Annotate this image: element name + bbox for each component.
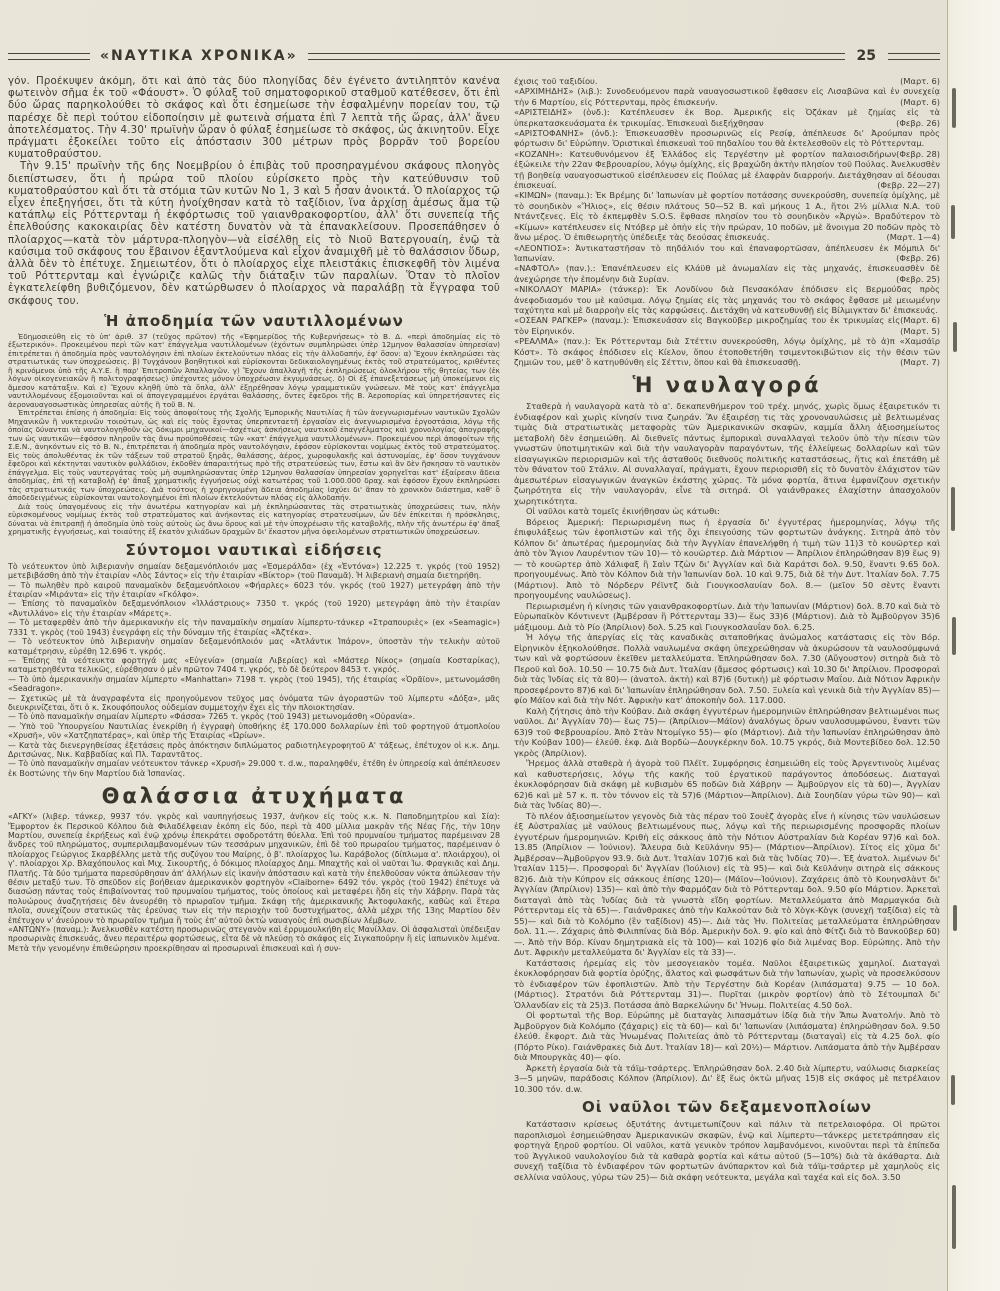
- right-column: έχισις τοῦ ταξιδίου. (Μαρτ. 6) «ΑΡΧΙΜΗΔΗ…: [514, 76, 940, 1286]
- left-column: γόν. Προέκυψεν ἀκόμη, ὅτι καὶ ἀπὸ τὰς δύ…: [8, 76, 500, 1286]
- paragraph: Διὰ τοὺς ὑπαγομένους εἰς τὴν ἀνωτέρω κατ…: [8, 503, 500, 537]
- ship-report: «ΝΙΚΟΛΑΟΥ ΜΑΡΙΑ» (τάνκερ): Ἐκ Λονδίνου δ…: [514, 284, 940, 315]
- report-date: (Μαρτ. 6): [900, 97, 940, 107]
- news-item: — Κατὰ τὰς διενεργηθείσας ἐξετάσεις πρὸς…: [8, 741, 500, 760]
- section-tanker-rates: Κατάστασιν κρίσεως ὀξυτάτης ἀντιμετωπίζο…: [514, 1119, 940, 1182]
- report-date: (Μαρτ. 1—4): [887, 232, 941, 242]
- news-item: — Ὑπὸ τοῦ Ὑπουργείου Ναυτιλίας ἐνεκρίθη …: [8, 722, 500, 741]
- report-date: (Μαρτ. 6): [900, 76, 940, 86]
- accident-item: «ΑΓΚΥ» (λιβερ. τάνκερ, 9937 τόν. γκρὸς κ…: [8, 812, 500, 925]
- report-date: (Μαρτ. 6): [900, 315, 940, 325]
- news-item: — Τὸ νεότευκτον ὑπὸ λιβεριανὴν σημαίαν δ…: [8, 637, 500, 656]
- report-text: «ΝΑΦΤΟΛ» (παν.).: Ἐπανέπλευσεν εἰς Κλάϋθ…: [514, 263, 940, 283]
- ship-report: «ΑΡΙΣΤΕΙΔΗΣ» (ὁνδ.): Κατέπλευσεν ἐκ Βορ.…: [514, 107, 940, 128]
- paragraph: Κατάστασις ἠρεμίας εἰς τὸν μεσογειακὸν τ…: [514, 958, 940, 1011]
- scan-artifact: [952, 1185, 956, 1249]
- report-text: «ΑΡΙΣΤΕΙΔΗΣ» (ὁνδ.): Κατέπλευσεν ἐκ Βορ.…: [514, 107, 940, 127]
- report-text: «ΑΡΙΣΤΟΦΑΝΗΣ» (ὁνδ.): Ἐπισκευασθὲν προσω…: [514, 128, 940, 148]
- scan-artifact: [952, 617, 956, 655]
- news-item: — Τὸ πωληθὲν πρὸ καιροῦ παναμαϊκὸν δεξαμ…: [8, 581, 500, 600]
- report-date: (Φεβρ. 25): [896, 274, 940, 284]
- header-rule-middle: [308, 53, 845, 60]
- section-title-apodimia: Ἡ ἀποδημία τῶν ναυτιλλομένων: [8, 312, 500, 330]
- section-title-tanker-rates: Οἱ ναῦλοι τῶν δεξαμενοπλοίων: [514, 1098, 940, 1116]
- paragraph: Κατάστασιν κρίσεως ὀξυτάτης ἀντιμετωπίζο…: [514, 1119, 940, 1182]
- report-date: (Φεβρ. 26): [896, 253, 940, 263]
- section-accidents: «ΑΓΚΥ» (λιβερ. τάνκερ, 9937 τόν. γκρὸς κ…: [8, 812, 500, 953]
- report-date: (Φεβρ. 22—27): [877, 180, 940, 190]
- section-title-news: Σύντομοι ναυτικαὶ εἰδήσεις: [8, 541, 500, 559]
- magazine-page: «ΝΑΥΤΙΚΑ ΧΡΟΝΙΚΑ» 25 γόν. Προέκυψεν ἀκόμ…: [0, 0, 1000, 1291]
- scan-artifact: [951, 487, 955, 531]
- section-title-accidents: Θαλάσσια ἀτυχήματα: [8, 784, 500, 808]
- report-text: «ΟΣΕΑΝ ΡΑΓΚΕΡ» (παναμ.): Ἐπισκευάσαν εἰς…: [514, 315, 900, 335]
- report-date: (Φεβρ. 28): [896, 149, 940, 159]
- paragraph: Ἀρκετὴ ἐργασία διὰ τὰ τάϊμ-τσάρτερς. Ἐπλ…: [514, 1063, 940, 1095]
- section-apodimia: Ἐδημοσιεύθη εἰς τὸ ὑπ' ἀριθ. 37 (τεῦχος …: [8, 333, 500, 537]
- paragraph: Τὸ πλέον ἀξιοσημείωτον γεγονὸς διὰ τὰς π…: [514, 811, 940, 958]
- report-text: «ΝΙΚΟΛΑΟΥ ΜΑΡΙΑ» (τάνκερ): Ἐκ Λονδίνου δ…: [514, 284, 940, 315]
- news-item: — Τὸ μεταφερθὲν ἀπὸ τὴν ἀμερικανικὴν εἰς…: [8, 618, 500, 637]
- paragraph: Οἱ ναῦλοι κατὰ τομεῖς ἐκινήθησαν ὡς κάτω…: [514, 506, 940, 517]
- page-header: «ΝΑΥΤΙΚΑ ΧΡΟΝΙΚΑ» 25: [8, 48, 940, 64]
- report-text: «ΡΕΑΛΜΑ» (παν.): Ἐκ Ρόττερνταμ διὰ Στέττ…: [514, 336, 940, 367]
- report-text: «ΚΟΖΑΝΗ»: Κατευθυνόμενον ἐξ Ἑλλάδος εἰς …: [514, 149, 940, 190]
- paragraph: Περιωρισμένη ἡ κίνησις τῶν γαιανθρακοφορ…: [514, 601, 940, 633]
- report-text: έχισις τοῦ ταξιδίου.: [514, 76, 597, 86]
- paragraph: Τὴν 9.15' πρωϊνὴν τῆς 6ης Νοεμβρίου ὁ ἐπ…: [8, 161, 500, 307]
- section-title-freight-market: Ἡ ναυλαγορά: [514, 373, 940, 397]
- news-item: — Ἐπίσης τὸ παναμαϊκὸν δεξαμενόπλοιον «Ἰ…: [8, 599, 500, 618]
- news-item: — Τὸ ὑπὸ ἀμερικανικὴν σημαίαν λίμπερτυ «…: [8, 675, 500, 694]
- ship-report: «ΚΙΜΩΝ» (παναμ.): Ἐκ Βρέμης δι' Ἰαπωνίαν…: [514, 190, 940, 242]
- scan-artifact: [953, 905, 957, 931]
- accident-item: «ΑΝΤΩΝΥ» (παναμ.): Ἀνελκυσθὲν κατέστη πρ…: [8, 925, 500, 953]
- ship-report: «ΡΕΑΛΜΑ» (παν.): Ἐκ Ρόττερνταμ διὰ Στέττ…: [514, 336, 940, 367]
- news-item: — Τὸ ὑπὸ παναμαϊκὴν σημαίαν λίμπερτυ «Φά…: [8, 712, 500, 721]
- section-news: Τὸ νεότευκτον ὑπὸ λιβεριανὴν σημαίαν δεξ…: [8, 562, 500, 778]
- news-item: — Τὸ ὑπὸ παναμαϊκὴν σημαίαν νεότευκτον τ…: [8, 759, 500, 778]
- page-number: 25: [855, 48, 878, 64]
- header-rule-right: [888, 53, 940, 60]
- scan-artifact: [951, 1075, 955, 1105]
- magazine-title: «ΝΑΥΤΙΚΑ ΧΡΟΝΙΚΑ»: [100, 48, 298, 64]
- paragraph: Οἱ φορτωταὶ τῆς Βορ. Εὐρώπης μὲ διαταγὰς…: [514, 1010, 940, 1063]
- paragraph: Ἥρεμος ἀλλὰ σταθερὰ ἡ ἀγορὰ τοῦ Πλέϊτ. Σ…: [514, 758, 940, 811]
- news-item: — Ἐπίσης τὰ νεότευκτα φορτηγά μας «Εὐγεν…: [8, 656, 500, 675]
- lead-story: γόν. Προέκυψεν ἀκόμη, ὅτι καὶ ἀπὸ τὰς δύ…: [8, 76, 500, 308]
- ship-report: «ΟΣΕΑΝ ΡΑΓΚΕΡ» (παναμ.): Ἐπισκευάσαν εἰς…: [514, 315, 940, 336]
- paragraph: Ἡ λόγῳ τῆς ἀπεργίας εἰς τὰς καναδικὰς σι…: [514, 632, 940, 706]
- scan-artifact: [952, 88, 956, 128]
- report-text: «ΚΙΜΩΝ» (παναμ.): Ἐκ Βρέμης δι' Ἰαπωνίαν…: [514, 190, 940, 242]
- ship-report: «ΛΕΟΝΤΙΟΣ»: Ἀντικαταστῆσαν τὸ πηδάλιόν τ…: [514, 243, 940, 264]
- report-date: (Μαρτ. 7): [900, 357, 940, 367]
- scan-artifact: [953, 322, 957, 352]
- news-item: Τὸ νεότευκτον ὑπὸ λιβεριανὴν σημαίαν δεξ…: [8, 562, 500, 581]
- paragraph: γόν. Προέκυψεν ἀκόμη, ὅτι καὶ ἀπὸ τὰς δύ…: [8, 76, 500, 161]
- section-freight-market: Σταθερὰ ἡ ναυλαγορὰ κατὰ τὸ α'. δεκαπενθ…: [514, 401, 940, 1094]
- ship-report: έχισις τοῦ ταξιδίου. (Μαρτ. 6): [514, 76, 940, 86]
- paragraph: Ἐπιτρέπεται ἐπίσης ἡ ἀποδημία: Εἰς τοὺς …: [8, 409, 500, 503]
- report-text: «ΛΕΟΝΤΙΟΣ»: Ἀντικαταστῆσαν τὸ πηδάλιόν τ…: [514, 243, 940, 263]
- paragraph: Ἐδημοσιεύθη εἰς τὸ ὑπ' ἀριθ. 37 (τεῦχος …: [8, 333, 500, 410]
- ship-report: «ΝΑΦΤΟΛ» (παν.).: Ἐπανέπλευσεν εἰς Κλάϋθ…: [514, 263, 940, 284]
- report-date: (Φεβρ. 26): [896, 118, 940, 128]
- news-item: — Σχετικῶς μὲ τὰ ἀναγραφέντα εἰς προηγού…: [8, 694, 500, 713]
- ship-report: «ΚΟΖΑΝΗ»: Κατευθυνόμενον ἐξ Ἑλλάδος εἰς …: [514, 149, 940, 191]
- paragraph: Βόρειος Ἀμερική: Περιωρισμένη πως ἡ ἐργα…: [514, 517, 940, 601]
- text-columns: γόν. Προέκυψεν ἀκόμη, ὅτι καὶ ἀπὸ τὰς δύ…: [8, 76, 940, 1286]
- scan-artifact: [951, 205, 955, 239]
- report-text: «ΑΡΧΙΜΗΔΗΣ» (λιβ.): Συνοδευόμενον παρὰ ν…: [514, 86, 940, 106]
- paragraph: Σταθερὰ ἡ ναυλαγορὰ κατὰ τὸ α'. δεκαπενθ…: [514, 401, 940, 506]
- header-rule-left: [8, 53, 90, 60]
- ship-report: «ΑΡΧΙΜΗΔΗΣ» (λιβ.): Συνοδευόμενον παρὰ ν…: [514, 86, 940, 107]
- ship-report: «ΑΡΙΣΤΟΦΑΝΗΣ» (ὁνδ.): Ἐπισκευασθὲν προσω…: [514, 128, 940, 149]
- ship-reports: έχισις τοῦ ταξιδίου. (Μαρτ. 6) «ΑΡΧΙΜΗΔΗ…: [514, 76, 940, 367]
- paragraph: Καλὴ ζήτησις ἀπὸ τὴν Κούβαν. Διὰ σκάφη ἐ…: [514, 706, 940, 759]
- report-date: (Μαρτ. 5): [900, 326, 940, 336]
